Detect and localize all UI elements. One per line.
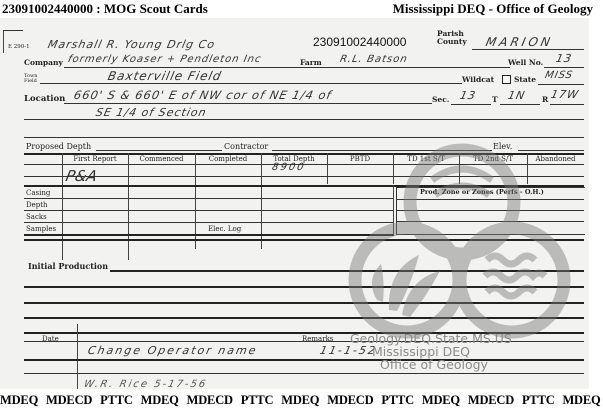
sacks-label: Sacks [26, 213, 47, 221]
col-header-first-report: First Report [62, 155, 128, 163]
agency-title: Mississippi DEQ - Office of Geology [393, 1, 593, 17]
company-value: formerly Koaser + Pendleton Inc [67, 54, 263, 65]
section-divider [24, 239, 584, 241]
location-line-1 [64, 103, 432, 104]
api-number: 23091002440000 [313, 35, 406, 49]
sec-value: 13 [459, 89, 478, 102]
elec-log-label: Elec. Log [208, 225, 241, 233]
parish-county-label: Parish County [437, 30, 467, 46]
state-value: MISS [544, 70, 574, 81]
county-value: MARION [485, 35, 555, 49]
well-no-value: 13 [555, 52, 574, 65]
location-value-1: 660' S & 660' E of NW cor of NE 1/4 of [73, 88, 334, 102]
sec-label: Sec. [432, 95, 449, 104]
casing-row-line [24, 210, 394, 211]
casing-row-line [24, 222, 394, 223]
farm-value: R.L. Batson [339, 54, 409, 65]
well-no-label: Well No. [508, 58, 543, 67]
table-divider [128, 153, 129, 260]
col-header-td-2nd: TD 2nd S/T [459, 155, 527, 163]
first-report-value: P&A [64, 167, 99, 185]
watermark-office: Office of Geology [380, 357, 488, 372]
samples-label: Samples [26, 225, 56, 233]
wildcat-checkbox [502, 75, 511, 84]
field-line [40, 83, 462, 84]
t-value: 1N [507, 89, 527, 102]
t-line [500, 104, 540, 105]
col-header-completed: Completed [195, 155, 261, 163]
proposed-depth-label: Proposed Depth [26, 142, 91, 151]
state-line [538, 84, 584, 85]
casing-label: Casing [26, 189, 50, 197]
form-number: E 290-1 [8, 45, 30, 50]
field-label: Town Field [24, 74, 37, 84]
table-divider [393, 185, 394, 235]
contractor-label: Contractor [224, 142, 268, 151]
farm-label: Farm [300, 58, 322, 67]
col-header-abandoned: Abandoned [527, 155, 584, 163]
county-line [472, 49, 584, 50]
date-column-divider [77, 324, 78, 389]
card-right-margin [589, 17, 603, 389]
t-label: T [492, 95, 498, 104]
corner-mark [3, 31, 4, 53]
state-label: State [514, 75, 536, 84]
footer-agencies: MDEQ MDECD PTTC MDEQ MDECD PTTC MDEQ MDE… [0, 393, 601, 408]
sec-line [451, 104, 491, 105]
page-footer: MDEQ MDECD PTTC MDEQ MDECD PTTC MDEQ MDE… [0, 392, 603, 409]
table-row-line [24, 176, 584, 177]
proposed-depth-line [96, 150, 222, 151]
production-line [24, 302, 584, 304]
initial-production-label: Initial Production [28, 261, 108, 271]
elev-label: Elev. [493, 142, 512, 151]
col-header-td-1st: TD 1st S/T [393, 155, 459, 163]
prod-zone-line [396, 199, 584, 200]
company-line [64, 67, 324, 68]
elev-line [518, 150, 584, 151]
document-title: 23091002440000 : MOG Scout Cards [2, 1, 208, 17]
farm-line [320, 67, 510, 68]
page-header: 23091002440000 : MOG Scout Cards Mississ… [0, 0, 603, 18]
remark-text-1: Change Operator name [87, 344, 259, 357]
remarks-row-line [24, 373, 584, 374]
location-line-2 [24, 119, 584, 120]
mdeq-logo-watermark-icon [347, 140, 577, 355]
prod-zone-line [396, 221, 584, 222]
prod-zone-line [396, 210, 584, 211]
company-label: Company [24, 58, 63, 67]
production-line [110, 270, 584, 272]
scout-card-scan: E 290-1 Marshall R. Young Drlg Co 230910… [0, 17, 589, 389]
casing-row-line [24, 198, 394, 199]
location-value-2: SE 1/4 of Section [95, 106, 208, 119]
col-header-pbtd: PBTD [327, 155, 393, 163]
production-line [24, 317, 584, 319]
well-no-line [544, 67, 584, 68]
r-value: 17W [550, 88, 581, 101]
wildcat-label: Wildcat [462, 75, 494, 84]
corner-mark [3, 30, 23, 31]
remarks-row-line [24, 359, 584, 361]
r-label: R [542, 95, 548, 104]
total-depth-value: 8900 [271, 162, 307, 173]
casing-bottom-line [24, 234, 394, 236]
r-line [550, 104, 584, 105]
prod-zone-label: Prod. Zone or Zones (Perfs - O.H.) [420, 188, 544, 196]
date-label: Date [42, 335, 59, 343]
contractor-line [272, 150, 492, 151]
depth-label: Depth [26, 201, 48, 209]
production-line [24, 286, 584, 288]
location-label: Location [24, 94, 65, 104]
field-value: Baxterville Field [107, 69, 224, 83]
blank-line [24, 137, 584, 138]
operator-name: Marshall R. Young Drlg Co [47, 38, 217, 51]
remarks-label: Remarks [302, 335, 333, 343]
col-header-commenced: Commenced [128, 155, 195, 163]
table-divider [62, 153, 63, 260]
remark-text-2: W.R. Rice 5-17-56 [83, 379, 208, 389]
